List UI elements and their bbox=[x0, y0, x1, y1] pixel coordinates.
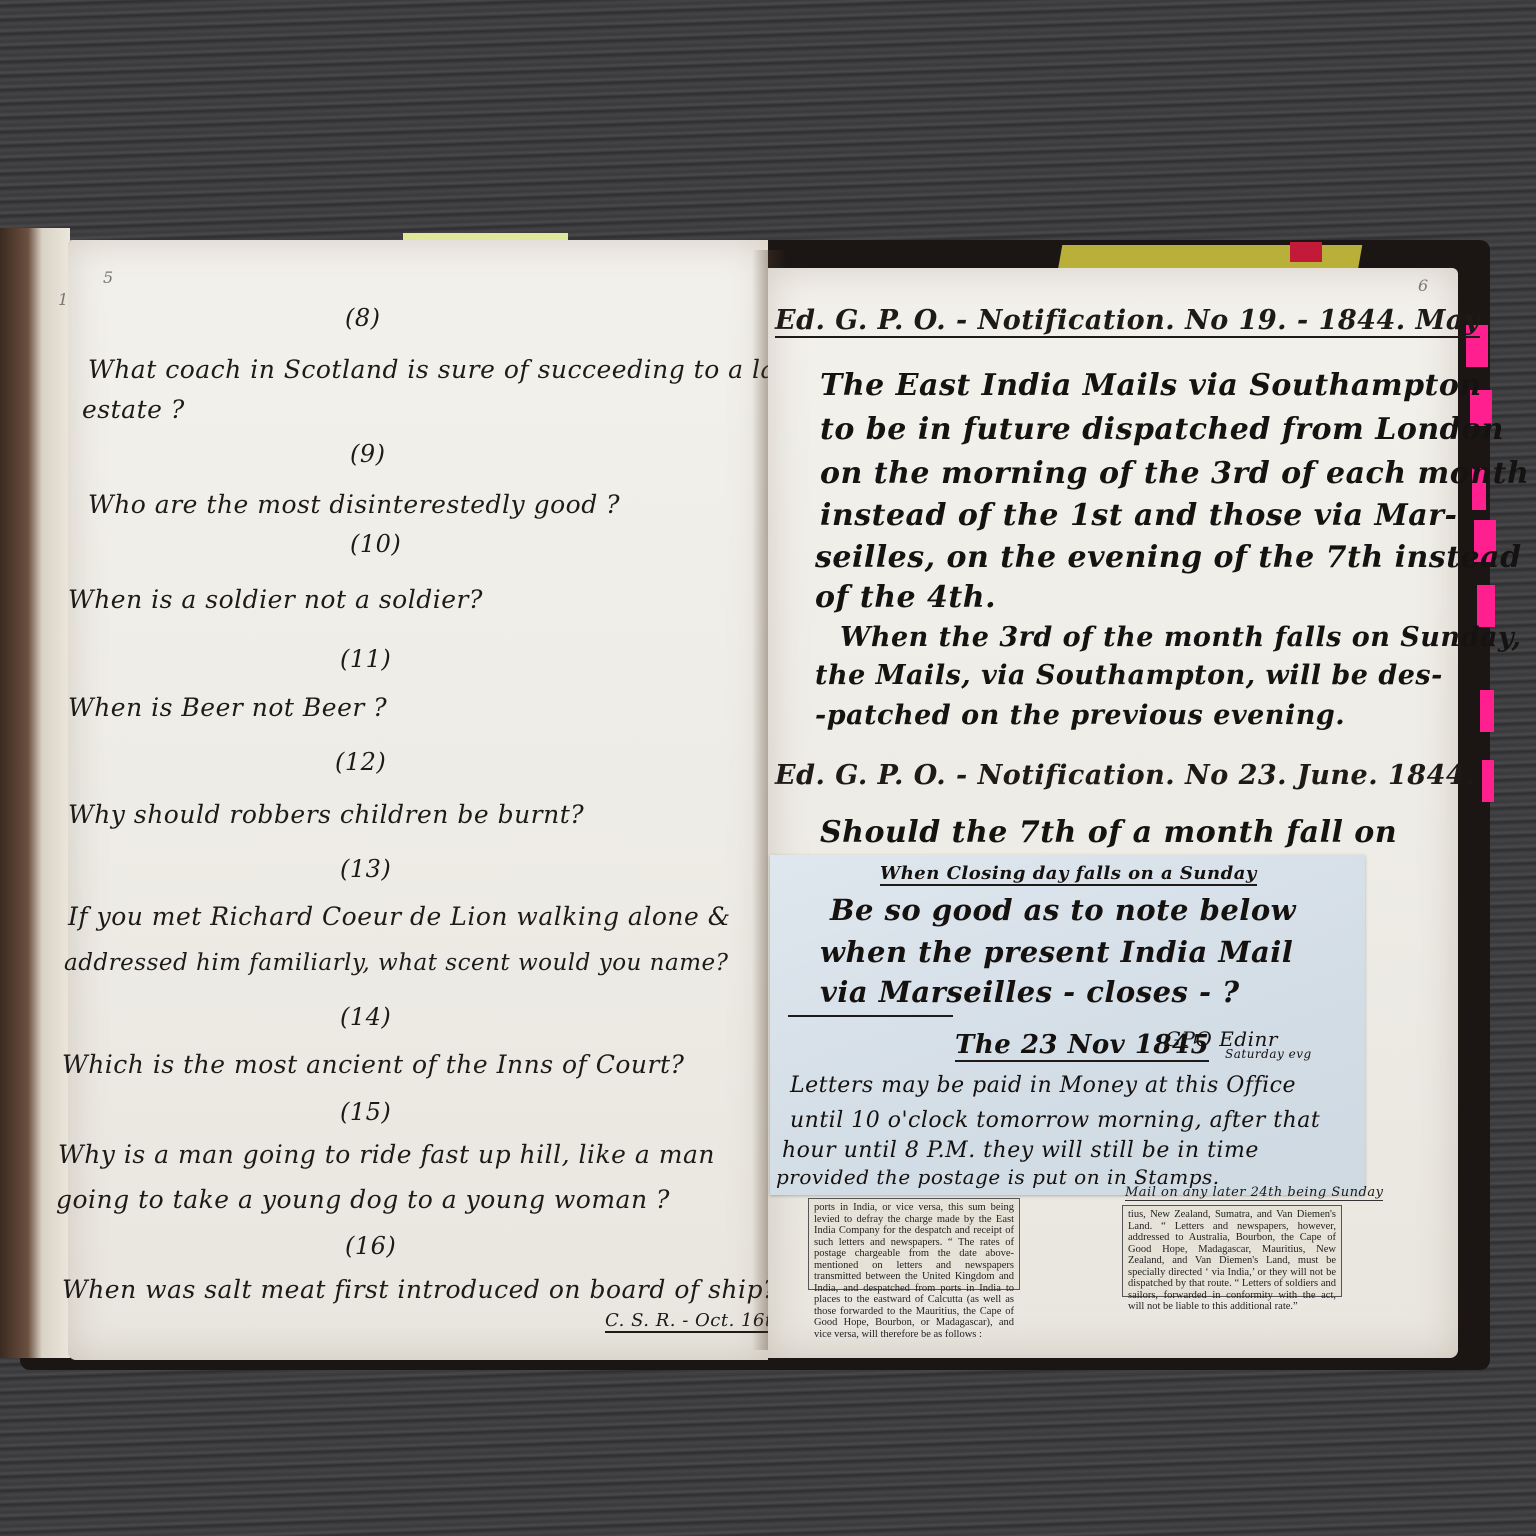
notification-line: -patched on the previous evening. bbox=[815, 700, 1345, 731]
newspaper-clipping: tius, New Zealand, Sumatra, and Van Diem… bbox=[1122, 1205, 1342, 1297]
newspaper-clipping: ports in India, or vice versa, this sum … bbox=[808, 1198, 1020, 1290]
pink-sticky-tab[interactable] bbox=[1480, 690, 1494, 732]
notification-line: The East India Mails via Southampton bbox=[820, 368, 1482, 403]
riddle-line: Why is a man going to ride fast up hill,… bbox=[58, 1140, 715, 1169]
pink-sticky-tab[interactable] bbox=[1482, 760, 1494, 802]
riddle-number: (12) bbox=[335, 748, 386, 776]
clipping-text: tius, New Zealand, Sumatra, and Van Diem… bbox=[1128, 1209, 1336, 1312]
riddle-line: Which is the most ancient of the Inns of… bbox=[62, 1050, 684, 1079]
riddle-number: (14) bbox=[340, 1003, 391, 1031]
pink-sticky-tab[interactable] bbox=[1477, 585, 1495, 627]
riddle-number: (8) bbox=[345, 304, 381, 332]
notification-line: instead of the 1st and those via Mar- bbox=[820, 498, 1457, 533]
notification-line: to be in future dispatched from London bbox=[820, 412, 1504, 447]
notification-line: of the 4th. bbox=[815, 580, 996, 615]
riddle-number: (13) bbox=[340, 855, 391, 883]
riddle-number: (16) bbox=[345, 1232, 396, 1260]
notification-line: When the 3rd of the month falls on Sunda… bbox=[840, 622, 1521, 653]
reply-day: Saturday evg bbox=[1225, 1047, 1312, 1061]
page-number: 5 bbox=[103, 268, 113, 287]
riddle-line: Why should robbers children be burnt? bbox=[68, 800, 584, 829]
slip-question-line: when the present India Mail bbox=[820, 935, 1293, 969]
riddle-number: (9) bbox=[350, 440, 386, 468]
notification-line: on the morning of the 3rd of each month bbox=[820, 456, 1529, 491]
riddle-line: going to take a young dog to a young wom… bbox=[56, 1185, 670, 1214]
slip-title: When Closing day falls on a Sunday bbox=[880, 863, 1257, 886]
clipping-text: ports in India, or vice versa, this sum … bbox=[814, 1202, 1014, 1340]
notification-heading: Ed. G. P. O. - Notification. No 23. June… bbox=[775, 760, 1475, 791]
slip-question-line: via Marseilles - closes - ? bbox=[820, 975, 1240, 1009]
riddle-number: (15) bbox=[340, 1098, 391, 1126]
reply-line: until 10 o'clock tomorrow morning, after… bbox=[790, 1108, 1320, 1133]
red-sticky-tab[interactable] bbox=[1290, 242, 1322, 262]
riddle-line: When was salt meat first introduced on b… bbox=[62, 1275, 777, 1304]
reply-line: hour until 8 P.M. they will still be in … bbox=[782, 1138, 1259, 1163]
riddle-line: When is a soldier not a soldier? bbox=[68, 585, 483, 614]
riddle-line: estate ? bbox=[82, 395, 185, 424]
margin-mark: 1 bbox=[58, 290, 68, 309]
notification-heading: Ed. G. P. O. - Notification. No 19. - 18… bbox=[775, 305, 1480, 338]
reply-line: Letters may be paid in Money at this Off… bbox=[790, 1073, 1296, 1098]
slip-question-line: Be so good as to note below bbox=[830, 893, 1296, 927]
notification-line: Should the 7th of a month fall on bbox=[820, 815, 1397, 850]
riddle-line: addressed him familiarly, what scent wou… bbox=[64, 950, 728, 976]
pasted-note-slip: When Closing day falls on a Sunday Be so… bbox=[770, 855, 1365, 1195]
riddle-line: Who are the most disinterestedly good ? bbox=[88, 490, 620, 519]
riddle-line: What coach in Scotland is sure of succee… bbox=[88, 355, 841, 384]
riddle-line: When is Beer not Beer ? bbox=[68, 693, 387, 722]
slip-footnote: Mail on any later 24th being Sunday bbox=[1125, 1185, 1383, 1201]
riddle-line: If you met Richard Coeur de Lion walking… bbox=[68, 902, 730, 931]
riddle-number: (10) bbox=[350, 530, 401, 558]
riddle-number: (11) bbox=[340, 645, 391, 673]
divider-line bbox=[788, 1015, 953, 1017]
page-number: 6 bbox=[1418, 276, 1428, 295]
notification-line: seilles, on the evening of the 7th inste… bbox=[815, 540, 1522, 575]
notification-line: the Mails, via Southampton, will be des- bbox=[815, 660, 1443, 691]
